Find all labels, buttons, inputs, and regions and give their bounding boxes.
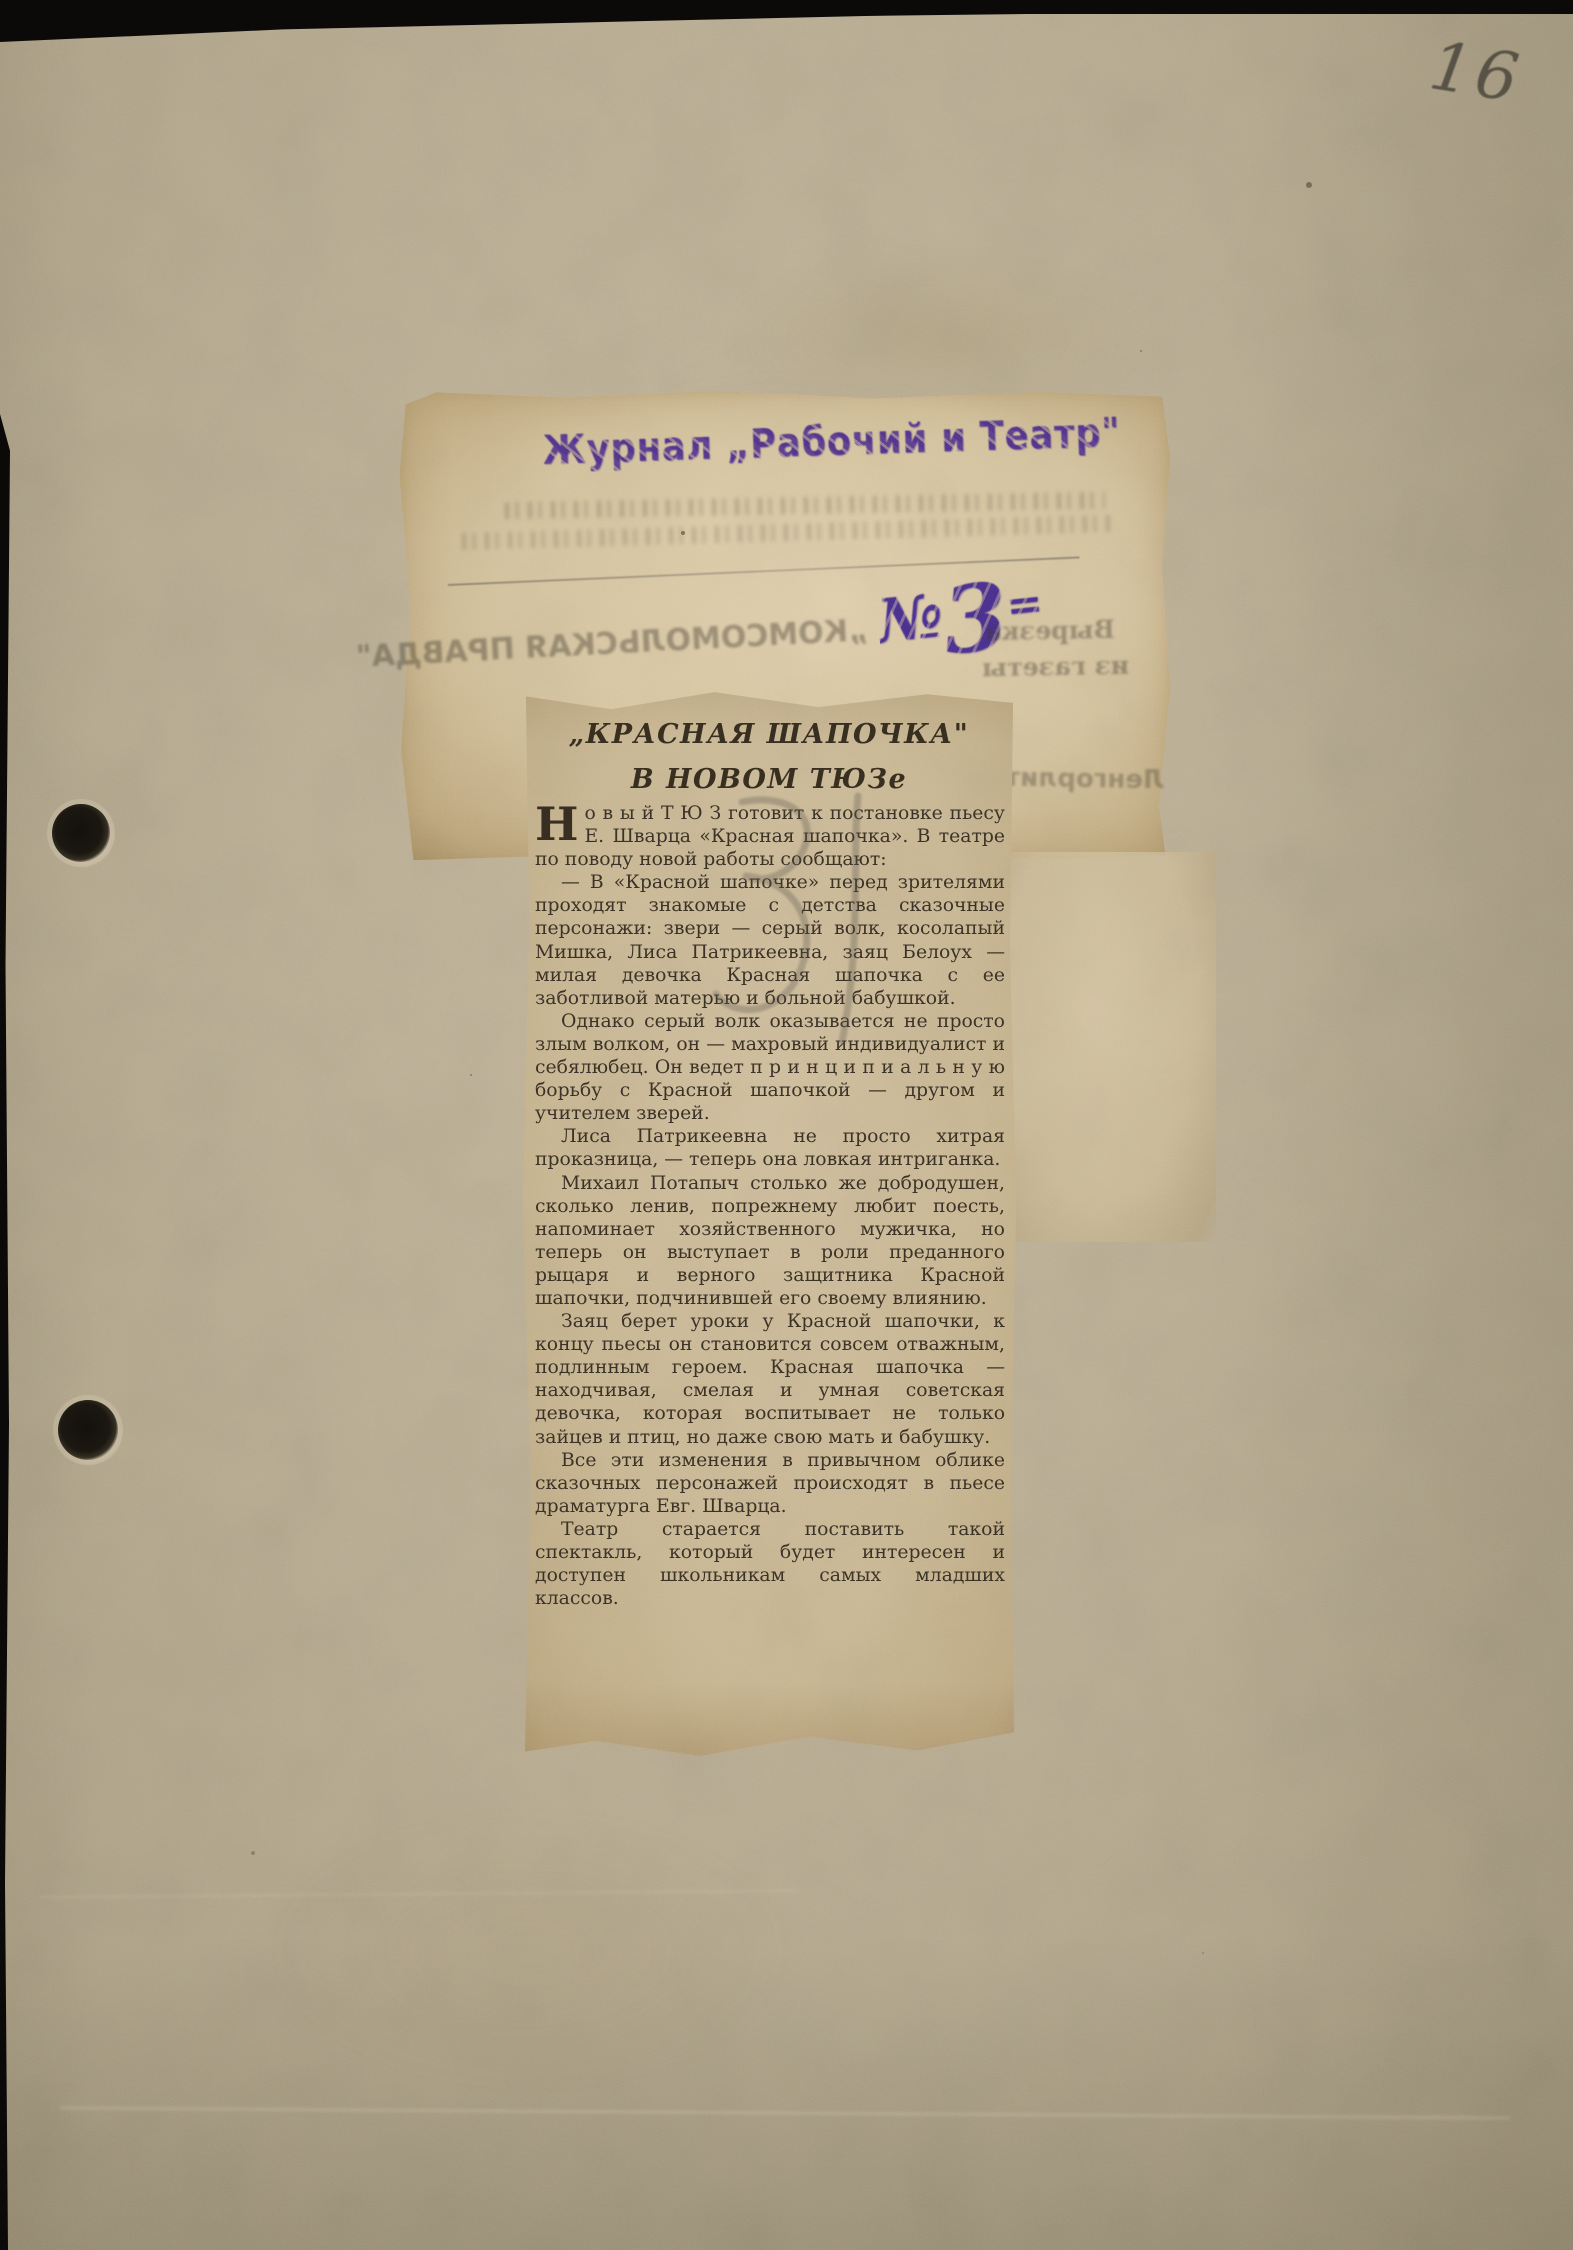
drop-cap: Н: [535, 802, 584, 844]
bleed-vyrezka: Вырезка: [985, 615, 1115, 646]
clipping-headline: „КРАСНАЯ ШАПОЧКА" В НОВОМ ТЮЗе: [522, 712, 1016, 802]
article-paragraph: Театр старается поставить такой спектакл…: [535, 1518, 1005, 1610]
article-paragraph: Заяц берет уроки у Красной шапочки, к ко…: [535, 1310, 1005, 1449]
pencil-scribble: [672, 790, 902, 1050]
bleed-lengorlit: Ленгорлит: [1005, 763, 1165, 796]
article-paragraph: Лиса Патрикеевна не просто хитрая проказ…: [535, 1125, 1005, 1171]
punch-hole-bottom: [58, 1400, 118, 1460]
article-paragraph: Все эти изменения в привычном облике ска…: [535, 1449, 1005, 1518]
bleed-iz-gazety: из газеты: [982, 651, 1130, 683]
article-paragraph: Михаил Потапыч столько же добродушен, ск…: [535, 1172, 1005, 1311]
numero-sign: №: [874, 581, 946, 657]
punch-hole-top: [52, 804, 110, 862]
page-number-handwriting: 16: [1425, 27, 1528, 117]
pasted-slip-right-extension: [1006, 852, 1216, 1242]
headline-line-1: „КРАСНАЯ ШАПОЧКА": [522, 712, 1016, 757]
